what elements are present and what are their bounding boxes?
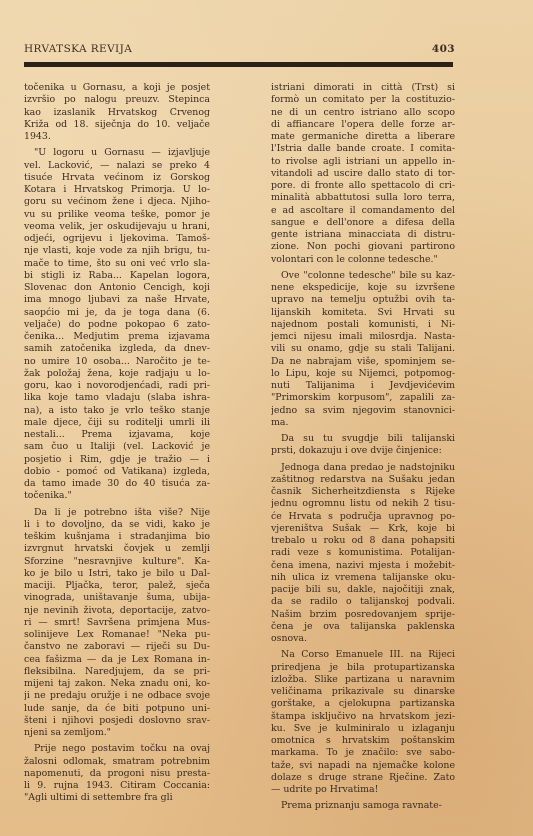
text-line: teškim kušnjama i stradanjima bio <box>24 531 210 543</box>
text-line: Sforzine "nesravnjive kulture". Ka- <box>24 556 210 568</box>
text-line: da tamo imade 30 do 40 tisuća za- <box>24 478 210 490</box>
text-line: cea fašizma — da je Lex Romana in- <box>24 654 210 666</box>
text-line: točenika." <box>24 490 210 502</box>
text-line: e ad ascoltare il comandamento del <box>271 205 455 217</box>
text-line: upravo na temelju optužbi ovih ta- <box>271 294 455 306</box>
paragraph: Da li je potrebno išta više? Nijeli i to… <box>24 507 210 740</box>
text-line: istriani dimorati in città (Trst) si <box>271 82 455 94</box>
text-line: izvrgnut hrvatski čovjek u zemlji <box>24 543 210 555</box>
text-line: ne di un centro istriano allo scopo <box>271 107 455 119</box>
text-line: veoma velik, jer oskudijevaju u hrani, <box>24 221 210 233</box>
text-line: pore. di fronte allo spettacolo di cri- <box>271 180 455 192</box>
text-line: čanstvo ne zaboravi — riječi su Du- <box>24 641 210 653</box>
page-number: 403 <box>432 43 455 55</box>
text-line: goru su većinom žene i djeca. Njiho- <box>24 196 210 208</box>
text-line: Ove "colonne tedesche" bile su kaz- <box>271 270 455 282</box>
text-line: Da li je potrebno išta više? Nije <box>24 507 210 519</box>
text-line: radi veze s komunistima. Potalijan- <box>271 547 455 559</box>
header-rule <box>24 62 453 67</box>
text-line: lika koje tamo vladaju (slaba ishra- <box>24 392 210 404</box>
text-line: ko je bilo u Istri, tako je bilo u Dal- <box>24 568 210 580</box>
text-line: prsti, dokazuju i ove dvije činjenice: <box>271 445 455 457</box>
text-line: veličinama prikazivale su dinarske <box>271 686 455 698</box>
text-line: štampa isključivo na hrvatskom jezi- <box>271 711 455 723</box>
text-line: taže, svi napadi na njemačke kolone <box>271 760 455 772</box>
paragraph: istriani dimorati in città (Trst) siform… <box>271 82 455 266</box>
text-line: ri — smrt! Savršena primjena Mus- <box>24 617 210 629</box>
text-line: maciji. Pljačka, teror, palež, sječa <box>24 580 210 592</box>
text-line: jemci nijesu imali milosrdja. Nasta- <box>271 331 455 343</box>
text-line: no umire 10 osoba... Naročito je te- <box>24 356 210 368</box>
text-line: tisuće Hrvata većinom iz Gorskog <box>24 172 210 184</box>
text-line: nje nevinih života, deportacije, zatvo- <box>24 605 210 617</box>
journal-title: HRVATSKA REVIJA <box>24 43 132 55</box>
text-line: Slovenac don Antonio Cencigh, koji <box>24 282 210 294</box>
text-line: lo Lipu, koje su Nijemci, potpomog- <box>271 368 455 380</box>
text-line: Prije nego postavim točku na ovaj <box>24 743 210 755</box>
text-line: najednom postali komunisti, i Ni- <box>271 319 455 331</box>
scanned-page: HRVATSKA REVIJA 403 točenika u Gornasu, … <box>0 0 533 836</box>
text-line: saopćio mi je, da je toga dana (6. <box>24 307 210 319</box>
text-line: čenika... Medjutim prema izjavama <box>24 331 210 343</box>
text-line: dolaze s druge strane Rječine. Zato <box>271 772 455 784</box>
text-line: pacije bili su, dakle, najočitiji znak, <box>271 584 455 596</box>
text-line: nje vlasti, koje vode za njih brigu, tu- <box>24 245 210 257</box>
text-line: vili su onamo, gdje su stali Talijani. <box>271 343 455 355</box>
text-line: lude sanje, da će biti potpuno uni- <box>24 703 210 715</box>
text-line: vitandoli ad uscire dallo stato di tor- <box>271 168 455 180</box>
paragraph: Prije nego postavim točku na ovajžalosni… <box>24 743 210 804</box>
text-line: Križa od 18. siječnja do 10. veljače <box>24 119 210 131</box>
text-line: žak položaj žena, koje radjaju u lo- <box>24 368 210 380</box>
text-line: dobio - pomoć od Vatikana) izgleda, <box>24 466 210 478</box>
text-line: Jednoga dana predao je nadstojniku <box>271 462 455 474</box>
text-line: napomenuti, da progoni nisu presta- <box>24 768 210 780</box>
paragraph: Ove "colonne tedesche" bile su kaz-nene … <box>271 270 455 429</box>
paragraph: Da su tu svugdje bili talijanskiprsti, d… <box>271 433 455 458</box>
text-line: trebalo u roku od 8 dana pohapsiti <box>271 535 455 547</box>
text-line: omotnica s hrvatskim poštanskim <box>271 735 455 747</box>
text-line: fleksibilna. Naredjujem, da se pri- <box>24 666 210 678</box>
text-line: to rivolse agli istriani un appello in- <box>271 156 455 168</box>
text-line: nih ulica iz vremena talijanske oku- <box>271 572 455 584</box>
text-line: osnova. <box>271 633 455 645</box>
text-line: veljače) do podne pokopao 6 zato- <box>24 319 210 331</box>
text-line: formò un comitato per la costituzio- <box>271 94 455 106</box>
text-line: izložba. Slike partizana u naravnim <box>271 674 455 686</box>
text-line: čena imena, nazivi mjesta i možebit- <box>271 560 455 572</box>
text-line: da se radilo o talijanskoj podvali. <box>271 596 455 608</box>
text-line: mače to time, što su oni već vrlo sla- <box>24 258 210 270</box>
text-line: Našim brzim posredovanjem sprije- <box>271 609 455 621</box>
text-line: lijanskih komiteta. Svi Hrvati su <box>271 307 455 319</box>
text-line: odjeći, ogrijevu i ljekovima. Tamoš- <box>24 233 210 245</box>
text-line: vinograda, uništavanje šuma, ubija- <box>24 592 210 604</box>
paragraph: Na Corso Emanuele III. na Rijecipriredje… <box>271 649 455 796</box>
text-line: ku. Sve je kulminiralo u izlaganju <box>271 723 455 735</box>
text-line: nuti Talijanima i Jevdjevićevim <box>271 380 455 392</box>
text-line: Da ne nabrajam više, spominjem se- <box>271 356 455 368</box>
paragraph: "U logoru u Gornasu — izjavljujevel. Lac… <box>24 147 210 502</box>
text-line: "Primorskim korpusom", zapalili za- <box>271 392 455 404</box>
left-column: točenika u Gornasu, a koji je posjetizvr… <box>24 82 210 809</box>
text-line: goru, kao i novorodjenćadi, radi pri- <box>24 380 210 392</box>
text-line: male djece, čiji su roditelji umrli ili <box>24 417 210 429</box>
text-line: sangue e dell'onore a difesa della <box>271 217 455 229</box>
text-line: ji ne predaju oružje i ne odbace svoje <box>24 690 210 702</box>
text-line: izvršio po nalogu preuzv. Stepinca <box>24 94 210 106</box>
text-line: markama. To je značilo: sve sabo- <box>271 747 455 759</box>
text-line: kao izaslanik Hrvatskog Crvenog <box>24 107 210 119</box>
text-line: bi stigli iz Raba... Kapelan logora, <box>24 270 210 282</box>
text-line: nene ekspedicije, koje su izvršene <box>271 282 455 294</box>
text-line: mate germaniche diretta a liberare <box>271 131 455 143</box>
text-line: "Agli ultimi di settembre fra gli <box>24 792 210 804</box>
paragraph: Jednoga dana predao je nadstojnikuzaštit… <box>271 462 455 646</box>
right-column: istriani dimorati in città (Trst) siform… <box>271 82 455 817</box>
text-line: gente istriana minacciata di distru- <box>271 229 455 241</box>
text-line: Prema priznanju samoga ravnate- <box>271 800 455 812</box>
text-line: vu su prilike veoma teške, pomor je <box>24 209 210 221</box>
text-line: vjereništva Sušak — Krk, koje bi <box>271 523 455 535</box>
text-line: na), a isto tako je vrlo teško stanje <box>24 405 210 417</box>
text-line: šteni i njihovi posjedi doslovno srav- <box>24 715 210 727</box>
text-line: mijeni taj zakon. Neka znadu oni, ko- <box>24 678 210 690</box>
running-header: HRVATSKA REVIJA 403 <box>24 43 453 57</box>
text-line: — udrite po Hrvatima! <box>271 784 455 796</box>
text-line: Kotara i Hrvatskog Primorja. U lo- <box>24 184 210 196</box>
paragraph: točenika u Gornasu, a koji je posjetizvr… <box>24 82 210 143</box>
text-line: sam čuo u Italiji (vel. Lacković je <box>24 441 210 453</box>
text-line: samih zatočenika izgleda, da dnev- <box>24 343 210 355</box>
text-line: točenika u Gornasu, a koji je posjet <box>24 82 210 94</box>
text-line: nestali... Prema izjavama, koje <box>24 429 210 441</box>
text-line: posjetio i Rim, gdje je tražio — i <box>24 454 210 466</box>
text-line: njeni sa zemljom." <box>24 727 210 739</box>
text-line: volontari con le colonne tedesche." <box>271 254 455 266</box>
text-line: Na Corso Emanuele III. na Rijeci <box>271 649 455 661</box>
text-line: zione. Non pochi giovani partirono <box>271 241 455 253</box>
text-line: di affiancare l'opera delle forze ar- <box>271 119 455 131</box>
text-line: jednu ogromnu listu od nekih 2 tisu- <box>271 498 455 510</box>
text-line: zaštitnog redarstva na Sušaku jedan <box>271 474 455 486</box>
paragraph: Prema priznanju samoga ravnate- <box>271 800 455 812</box>
text-line: žalosni odlomak, smatram potrebnim <box>24 756 210 768</box>
text-line: li i to dovoljno, da se vidi, kako je <box>24 519 210 531</box>
text-line: li 9. rujna 1943. Citiram Coccania: <box>24 780 210 792</box>
text-line: Da su tu svugdje bili talijanski <box>271 433 455 445</box>
text-line: će Hrvata s područja upravnog po- <box>271 511 455 523</box>
text-line: časnik Sicherheitzdienstа s Rijeke <box>271 486 455 498</box>
text-line: minalità abbattutosi sulla loro terra, <box>271 192 455 204</box>
text-line: solinijeve Lex Romanae! "Neka pu- <box>24 629 210 641</box>
text-line: jedno sa svim njegovim stanovnici- <box>271 405 455 417</box>
text-line: "U logoru u Gornasu — izjavljuje <box>24 147 210 159</box>
text-line: ima mnogo ljubavi za naše Hrvate, <box>24 294 210 306</box>
text-line: čena je ova talijanska paklenska <box>271 621 455 633</box>
text-line: priredjena je bila protupartizanska <box>271 662 455 674</box>
text-line: vel. Lacković, — nalazi se preko 4 <box>24 160 210 172</box>
text-line: 1943. <box>24 131 210 143</box>
text-line: ma. <box>271 417 455 429</box>
text-line: l'Istria dalle bande croate. I comita- <box>271 143 455 155</box>
text-line: gorštake, a cjelokupna partizanska <box>271 698 455 710</box>
